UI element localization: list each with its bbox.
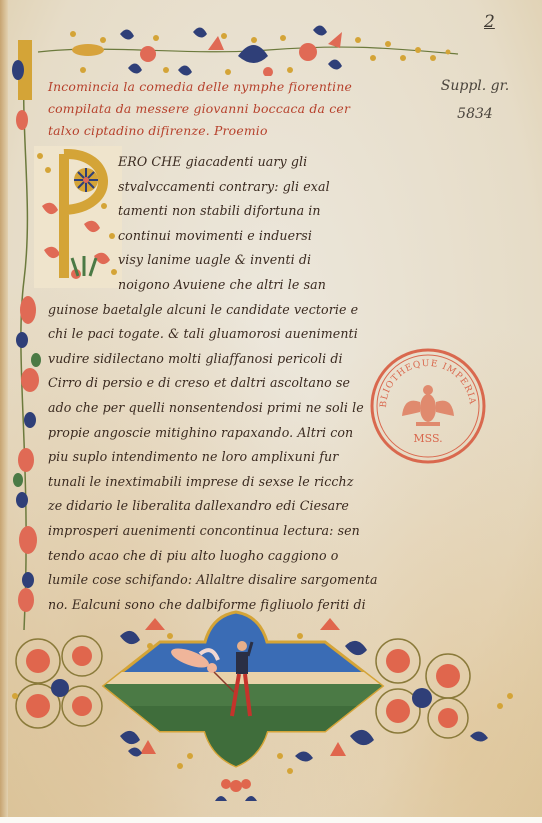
manuscript-page: 2 Suppl. gr. 5834 Incomincia la comedia … bbox=[0, 0, 542, 823]
text-line: Cirro di persio e di creso et daltri asc… bbox=[48, 371, 388, 396]
text-line: propie angoscie mitighino rapaxando. Alt… bbox=[48, 421, 388, 446]
shelfmark: Suppl. gr. 5834 bbox=[420, 72, 530, 128]
text-line: stvalvccamenti contrary: gli exal bbox=[48, 175, 388, 200]
text-line: vudire sidilectano molti gliaffanosi per… bbox=[48, 347, 388, 372]
eagle-icon bbox=[402, 385, 454, 426]
left-floral-border bbox=[8, 40, 44, 630]
text-line: noigono Avuiene che altri le san bbox=[48, 273, 388, 298]
text-line: visy lanime uagle & inventi di bbox=[48, 248, 388, 273]
text-line: lumile cose schifando: Allaltre disalire… bbox=[48, 568, 388, 593]
text-line: tamenti non stabili difortuna in bbox=[48, 199, 388, 224]
rubric-line: compilata da messere giovanni boccaca da… bbox=[48, 98, 373, 120]
shelfmark-number: 5834 bbox=[420, 100, 530, 128]
rubric-line: talxo ciptadino difirenze. Proemio bbox=[48, 120, 373, 142]
text-line: continui movimenti e induersi bbox=[48, 224, 388, 249]
library-stamp: BIBLIOTHEQUE IMPERIALE MSS. bbox=[368, 346, 488, 466]
bottom-floral-border bbox=[0, 606, 542, 821]
rubric-line: Incomincia la comedia delle nymphe fiore… bbox=[48, 76, 373, 98]
main-text-block: ERO CHE giacadenti uary gli stvalvccamen… bbox=[48, 150, 388, 617]
text-line: tendo acao che di piu alto luogho caggio… bbox=[48, 544, 388, 569]
svg-text:MSS.: MSS. bbox=[413, 432, 442, 445]
top-floral-border bbox=[28, 14, 468, 76]
text-line: ado che per quelli nonsentendosi primi n… bbox=[48, 396, 388, 421]
text-line: chi le paci togate. & tali gluamorosi au… bbox=[48, 322, 388, 347]
text-line: improsperi auenimenti concontinua lectur… bbox=[48, 519, 388, 544]
text-line: guinose baetalgle alcuni le candidate ve… bbox=[48, 298, 388, 323]
shelfmark-collection: Suppl. gr. bbox=[420, 72, 530, 100]
text-line: piu suplo intendimento ne loro amplixuni… bbox=[48, 445, 388, 470]
text-line: ERO CHE giacadenti uary gli bbox=[48, 150, 388, 175]
rubric-heading: Incomincia la comedia delle nymphe fiore… bbox=[48, 76, 373, 142]
folio-number: 2 bbox=[484, 12, 495, 32]
text-line: tunali le inextimabili imprese di sexse … bbox=[48, 470, 388, 495]
text-line: ze didario le liberalita dallexandro edi… bbox=[48, 494, 388, 519]
